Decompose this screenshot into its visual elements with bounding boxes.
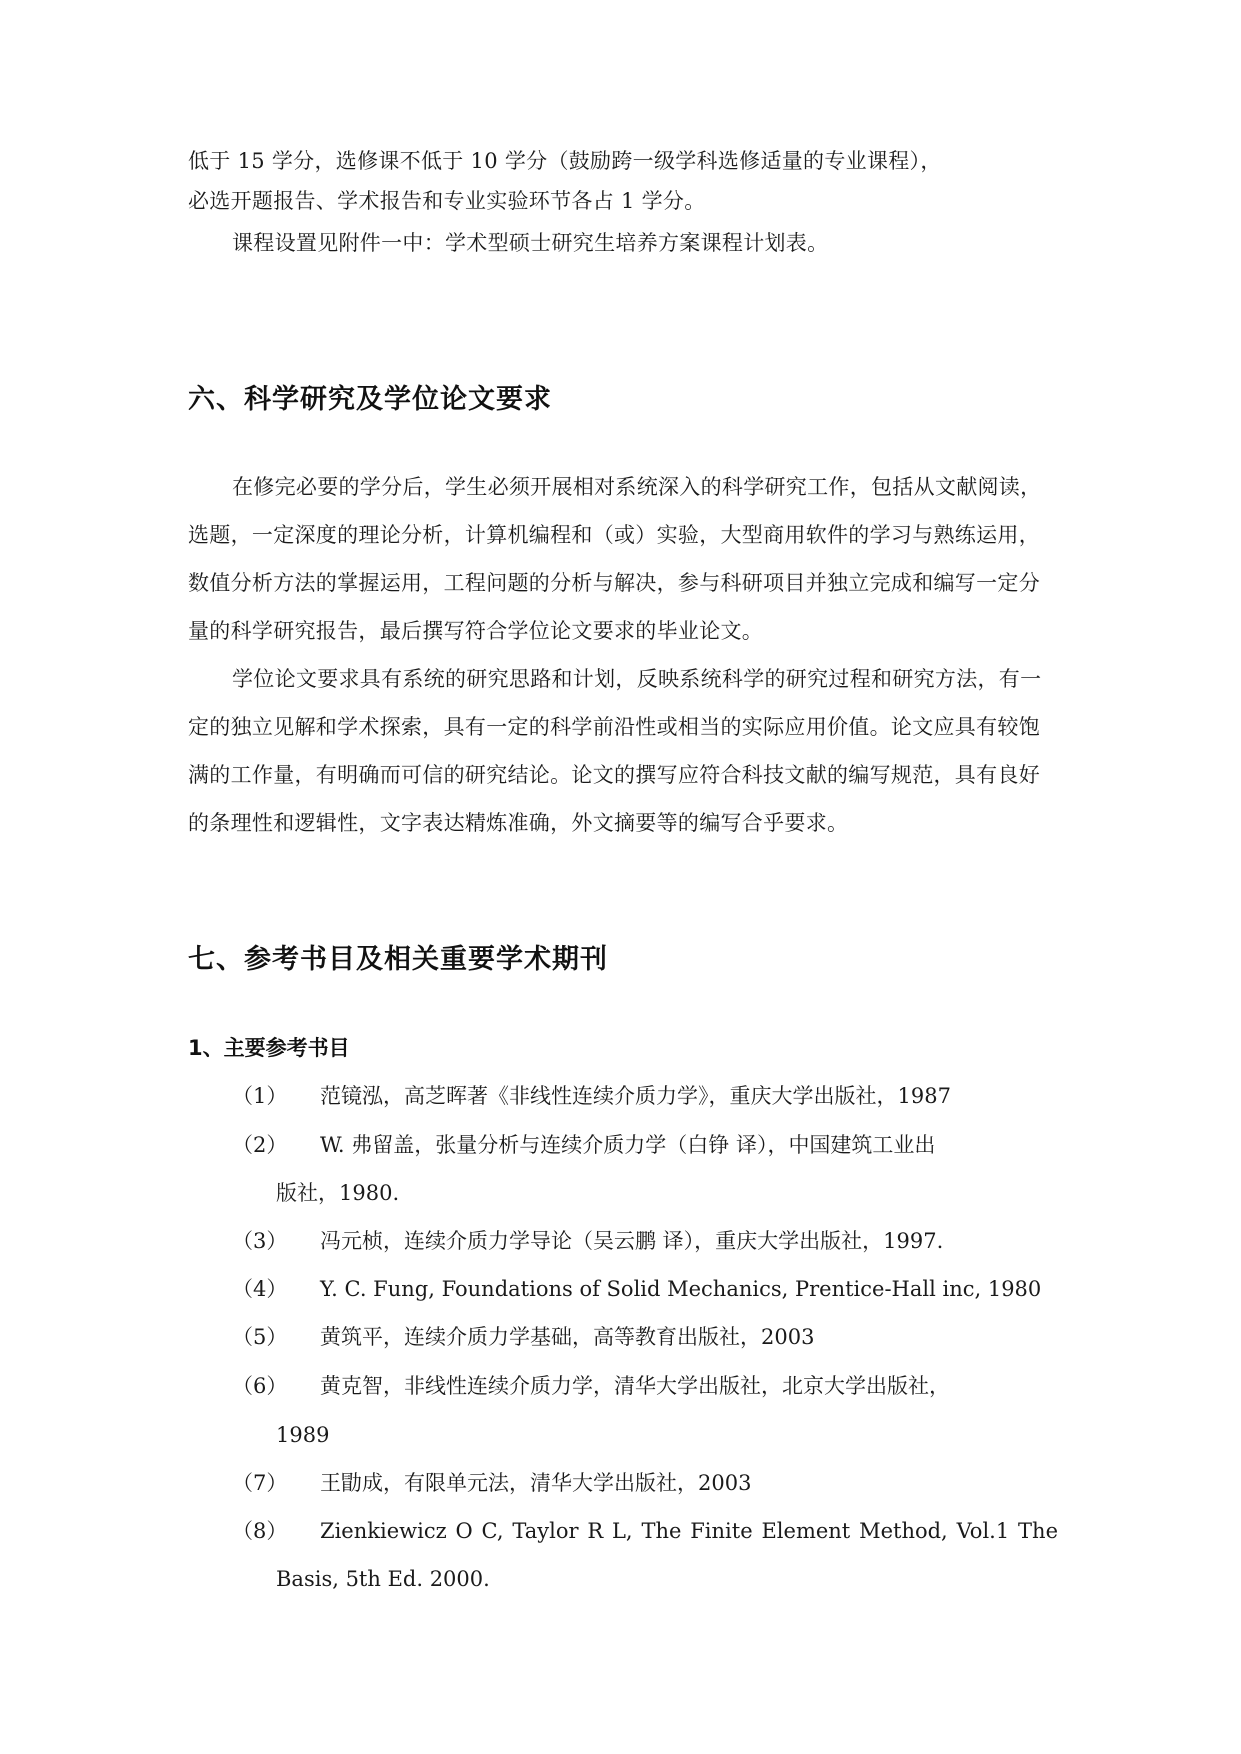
reference-number: （3） [232, 1226, 287, 1256]
reference-text-continuation: 版社，1980. [276, 1178, 399, 1208]
reference-text: W. 弗留盖，张量分析与连续介质力学（白铮 译），中国建筑工业出 [320, 1130, 935, 1160]
reference-number: （1） [232, 1081, 287, 1111]
paragraph-line: 满的工作量，有明确而可信的研究结论。论文的撰写应符合科技文献的编写规范，具有良好 [188, 760, 1058, 790]
document-page: 低于 15 学分，选修课不低于 10 学分（鼓励跨一级学科选修适量的专业课程），… [0, 0, 1241, 1754]
reference-text: 黄克智，非线性连续介质力学，清华大学出版社，北京大学出版社， [320, 1371, 950, 1401]
reference-text: 王勖成，有限单元法，清华大学出版社，2003 [320, 1468, 751, 1498]
paragraph-line: 学位论文要求具有系统的研究思路和计划，反映系统科学的研究过程和研究方法，有一 [232, 664, 1102, 694]
paragraph-line: 课程设置见附件一中：学术型硕士研究生培养方案课程计划表。 [232, 228, 1102, 258]
paragraph-line: 必选开题报告、学术报告和专业实验环节各占 1 学分。 [188, 186, 1058, 216]
paragraph-line: 量的科学研究报告，最后撰写符合学位论文要求的毕业论文。 [188, 616, 1058, 646]
reference-text: 冯元桢，连续介质力学导论（吴云鹏 译），重庆大学出版社，1997. [320, 1226, 943, 1256]
reference-number: （8） [232, 1516, 287, 1546]
reference-text: 黄筑平，连续介质力学基础，高等教育出版社，2003 [320, 1322, 814, 1352]
paragraph-line: 选题，一定深度的理论分析，计算机编程和（或）实验，大型商用软件的学习与熟练运用， [188, 520, 1058, 550]
reference-text: Zienkiewicz O C, Taylor R L, The Finite … [320, 1516, 1058, 1546]
paragraph-line: 低于 15 学分，选修课不低于 10 学分（鼓励跨一级学科选修适量的专业课程）， [188, 146, 1058, 176]
reference-number: （7） [232, 1468, 287, 1498]
paragraph-line: 的条理性和逻辑性，文字表达精炼准确，外文摘要等的编写合乎要求。 [188, 808, 1058, 838]
section-heading-7: 七、参考书目及相关重要学术期刊 [188, 942, 608, 978]
paragraph-line: 定的独立见解和学术探索，具有一定的科学前沿性或相当的实际应用价值。论文应具有较饱 [188, 712, 1058, 742]
reference-number: （6） [232, 1371, 287, 1401]
subsection-heading: 1、主要参考书目 [188, 1033, 350, 1063]
reference-text: 范镜泓，高芝晖著《非线性连续介质力学》，重庆大学出版社，1987 [320, 1081, 951, 1111]
reference-number: （2） [232, 1130, 287, 1160]
section-heading-6: 六、科学研究及学位论文要求 [188, 382, 552, 418]
reference-number: （5） [232, 1322, 287, 1352]
paragraph-line: 在修完必要的学分后，学生必须开展相对系统深入的科学研究工作，包括从文献阅读， [232, 472, 1102, 502]
reference-text: Y. C. Fung, Foundations of Solid Mechani… [320, 1274, 1041, 1304]
paragraph-line: 数值分析方法的掌握运用，工程问题的分析与解决，参与科研项目并独立完成和编写一定分 [188, 568, 1058, 598]
reference-text-continuation: Basis, 5th Ed. 2000. [276, 1564, 490, 1594]
reference-text-continuation: 1989 [276, 1420, 329, 1450]
reference-number: （4） [232, 1274, 287, 1304]
